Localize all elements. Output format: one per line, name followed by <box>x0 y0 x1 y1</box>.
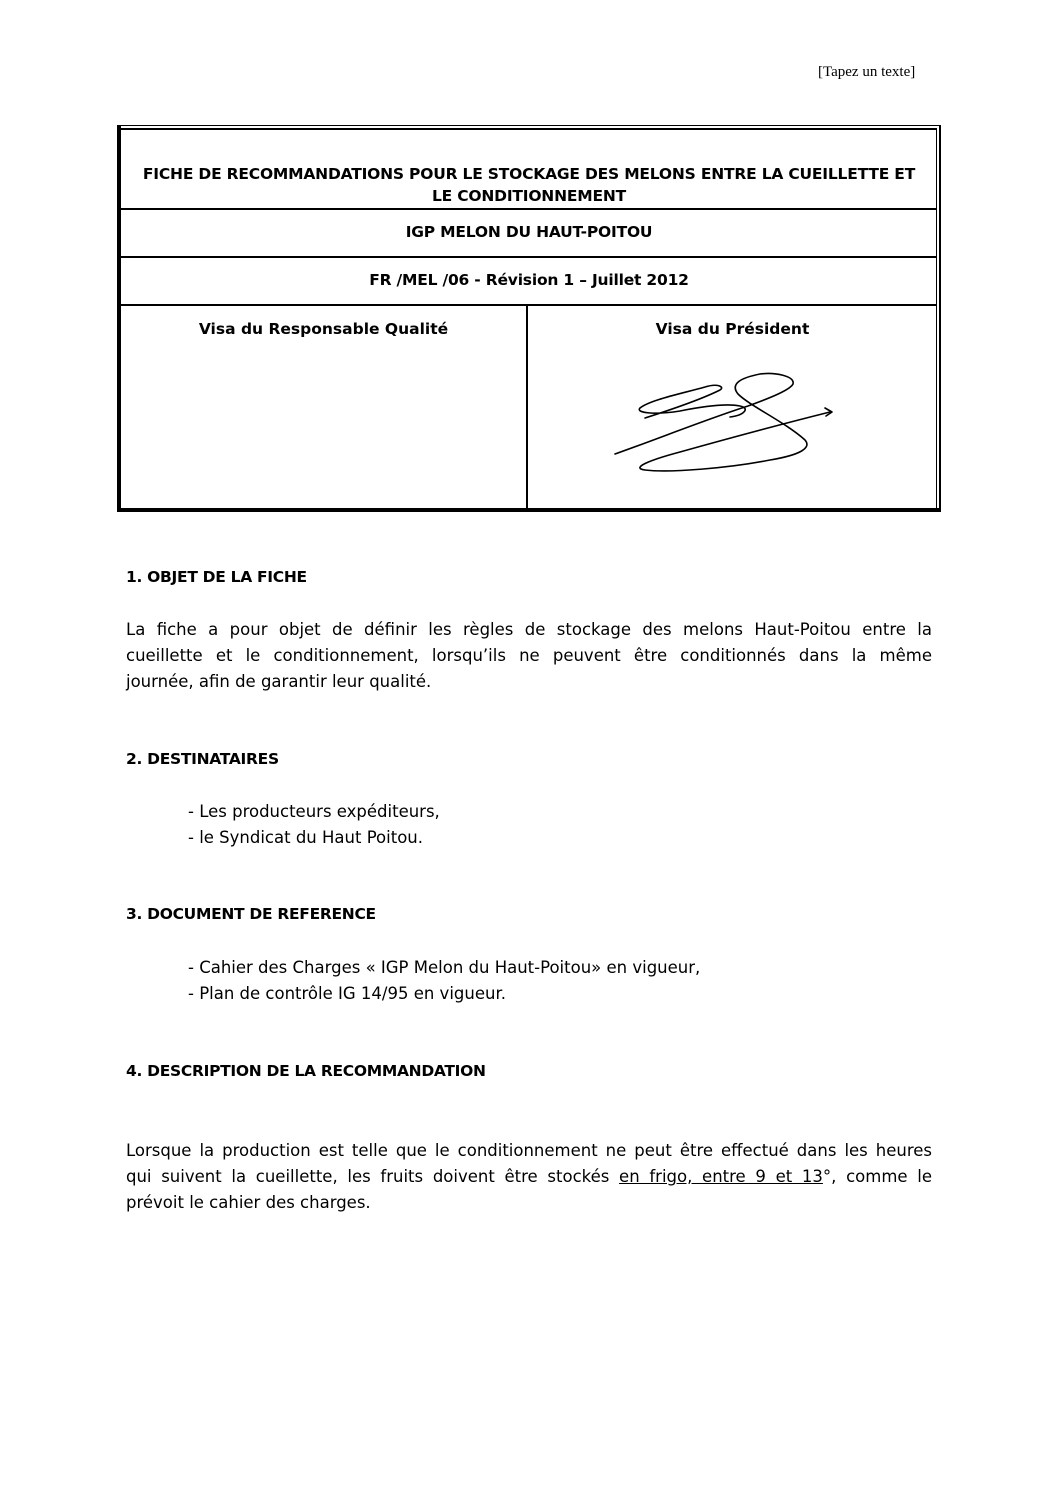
section-4-line: qui suivent la cueillette, les fruits do… <box>126 1164 932 1190</box>
section-4-title: 4. DESCRIPTION DE LA RECOMMANDATION <box>126 1062 486 1080</box>
section-1-line: journée, afin de garantir leur qualité. <box>126 669 932 695</box>
signature-icon <box>600 370 840 480</box>
header-placeholder-text: [Tapez un texte] <box>818 64 915 81</box>
section-4-text: qui suivent la cueillette, les fruits do… <box>126 1167 619 1186</box>
section-1-line: cueillette et le conditionnement, lorsqu… <box>126 643 932 669</box>
section-1-line: La fiche a pour objet de définir les règ… <box>126 617 932 643</box>
section-4-paragraph: Lorsque la production est telle que le c… <box>126 1138 932 1216</box>
list-item: - le Syndicat du Haut Poitou. <box>188 825 440 851</box>
references-list: - Cahier des Charges « IGP Melon du Haut… <box>188 955 700 1007</box>
list-item: - Les producteurs expéditeurs, <box>188 799 440 825</box>
list-item: - Plan de contrôle IG 14/95 en vigueur. <box>188 981 700 1007</box>
section-4-text: °, comme le <box>823 1167 932 1186</box>
document-reference: FR /MEL /06 - Révision 1 – Juillet 2012 <box>369 271 689 289</box>
section-1-paragraph: La fiche a pour objet de définir les règ… <box>126 617 932 695</box>
storage-condition-underlined: en frigo, entre 9 et 13 <box>619 1167 823 1186</box>
visa-quality-cell: Visa du Responsable Qualité <box>121 306 528 508</box>
fiche-title: FICHE DE RECOMMANDATIONS POUR LE STOCKAG… <box>121 130 937 210</box>
igp-label-row: IGP MELON DU HAUT-POITOU <box>121 210 937 258</box>
fiche-title-line-2: LE CONDITIONNEMENT <box>143 185 915 207</box>
recipients-list: - Les producteurs expéditeurs, - le Synd… <box>188 799 440 851</box>
section-3-title: 3. DOCUMENT DE REFERENCE <box>126 905 376 923</box>
igp-label: IGP MELON DU HAUT-POITOU <box>406 223 653 241</box>
visa-quality-label: Visa du Responsable Qualité <box>199 320 448 338</box>
list-item: - Cahier des Charges « IGP Melon du Haut… <box>188 955 700 981</box>
section-4-line: Lorsque la production est telle que le c… <box>126 1138 932 1164</box>
section-1-title: 1. OBJET DE LA FICHE <box>126 568 307 586</box>
visa-president-label: Visa du Président <box>656 320 810 338</box>
reference-row: FR /MEL /06 - Révision 1 – Juillet 2012 <box>121 258 937 306</box>
section-2-title: 2. DESTINATAIRES <box>126 750 279 768</box>
fiche-title-line-1: FICHE DE RECOMMANDATIONS POUR LE STOCKAG… <box>143 163 915 185</box>
section-4-line: prévoit le cahier des charges. <box>126 1190 932 1216</box>
